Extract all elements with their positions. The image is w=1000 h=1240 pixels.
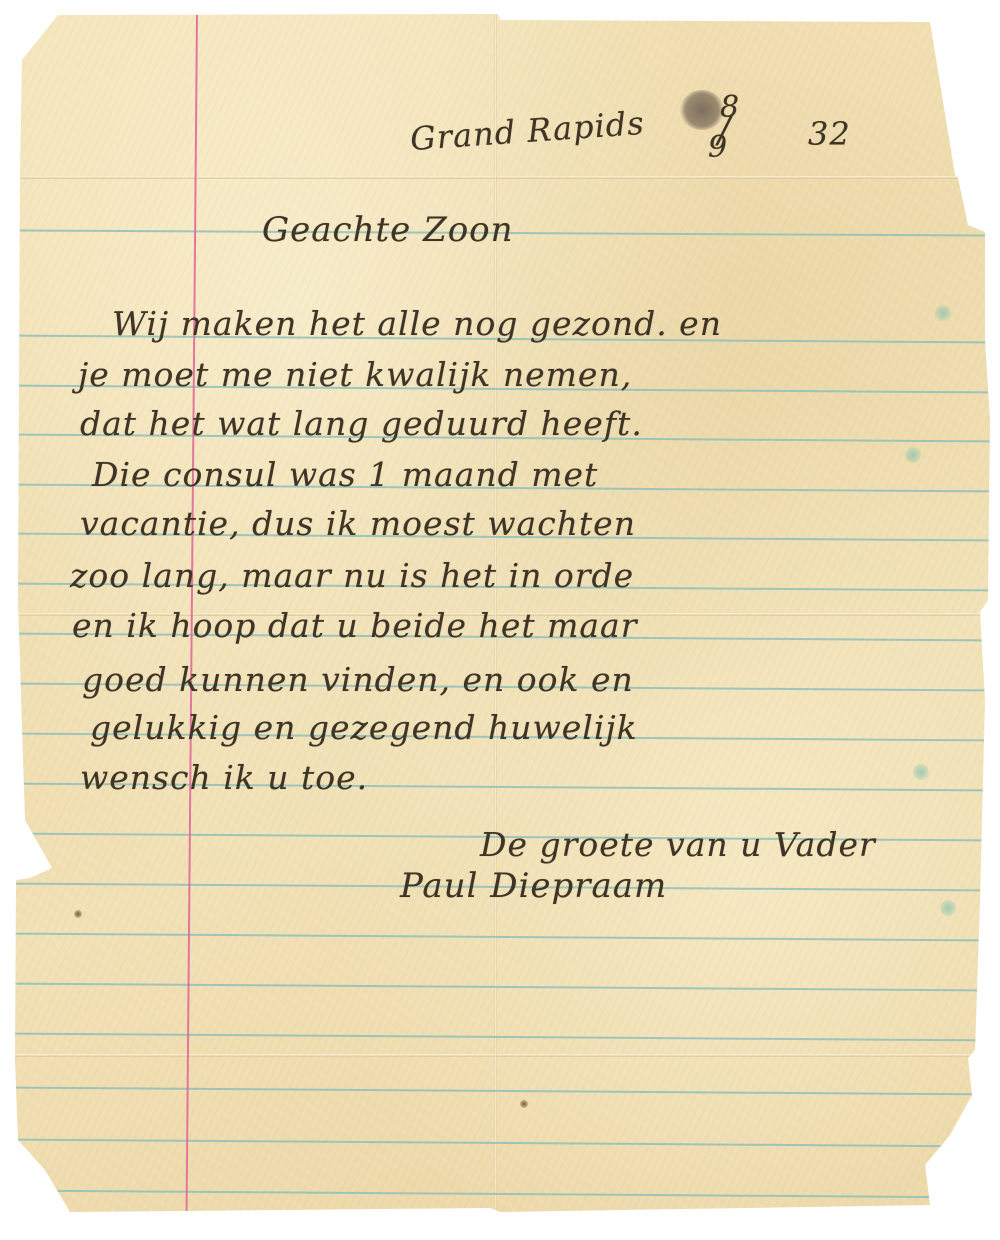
body-line: vacantie, dus ik moest wachten	[80, 504, 636, 543]
closing: De groete van u Vader	[480, 825, 876, 864]
water-spot	[913, 764, 929, 780]
water-spot	[940, 900, 956, 916]
body-line: zoo lang, maar nu is het in orde	[70, 556, 634, 595]
body-line: dat het wat lang geduurd heeft.	[80, 404, 643, 443]
body-line: Die consul was 1 maand met	[92, 455, 598, 494]
body-line: wensch ik u toe.	[80, 758, 368, 797]
stain-dot	[74, 910, 82, 918]
stain-dot	[520, 1100, 528, 1108]
letter-paper: Grand Rapids 8 / 9 32 Geachte Zoon Wij m…	[0, 0, 1000, 1240]
water-spot	[905, 447, 921, 463]
body-line: Wij maken het alle nog gezond. en	[112, 304, 722, 343]
salutation: Geachte Zoon	[262, 210, 514, 250]
horizontal-fold	[15, 176, 990, 179]
body-line: je moet me niet kwalijk nemen,	[78, 355, 632, 394]
date-month: 9	[708, 130, 728, 165]
date-year: 32	[808, 115, 851, 153]
body-line: goed kunnen vinden, en ook en	[82, 660, 634, 699]
water-spot	[935, 305, 951, 321]
body-line: en ik hoop dat u beide het maar	[72, 606, 638, 645]
body-line: gelukkig en gezegend huwelijk	[90, 708, 638, 747]
signature: Paul Diepraam	[400, 866, 667, 906]
horizontal-fold	[15, 1054, 990, 1057]
